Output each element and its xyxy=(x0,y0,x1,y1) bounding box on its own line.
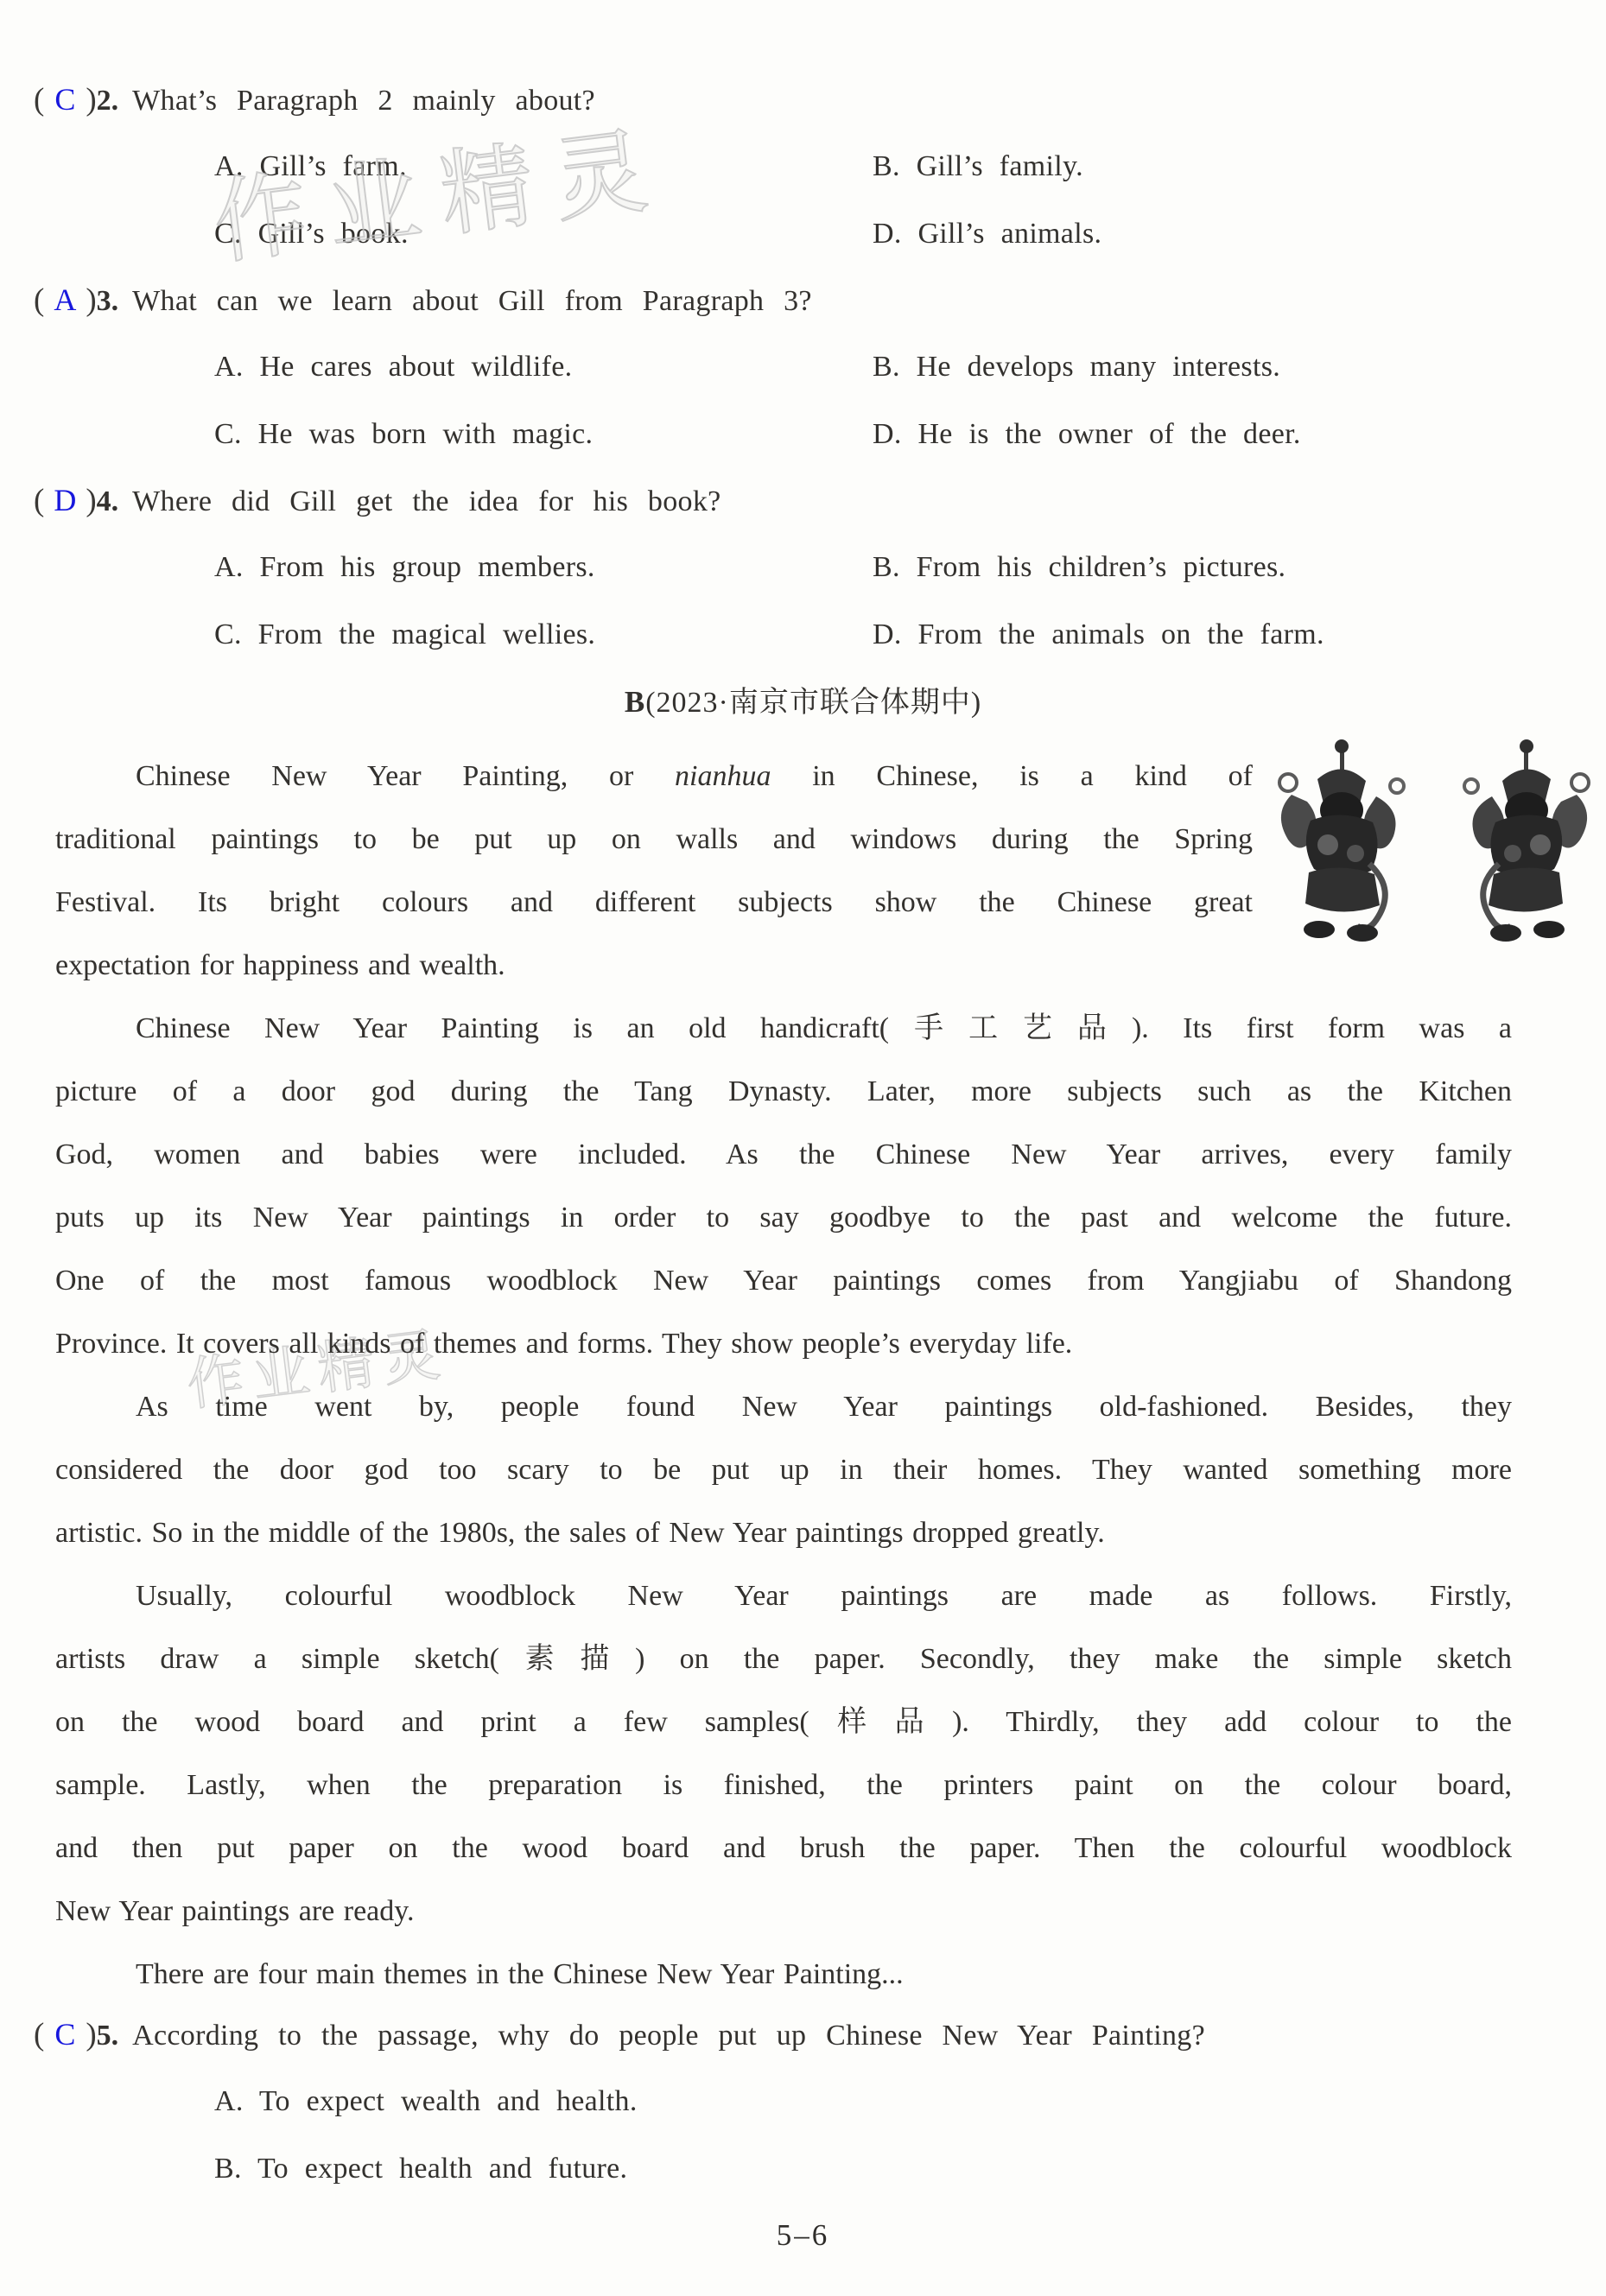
open-paren: ( xyxy=(34,483,44,518)
answer-letter: C xyxy=(44,2018,86,2051)
passage-line: As time went by, people found New Year p… xyxy=(55,1375,1512,1438)
question-5: (C)5.According to the passage, why do pe… xyxy=(0,2018,1606,2185)
question-line: (D)4.Where did Gill get the idea for his… xyxy=(0,484,1606,517)
option-item: D. From the animals on the farm. xyxy=(873,618,1606,651)
open-paren: ( xyxy=(34,2017,44,2052)
worksheet-page: 作业精灵 作业精灵 (C)2.What’s Paragraph 2 mainly… xyxy=(0,0,1606,2296)
passage-line: and then put paper on the wood board and… xyxy=(55,1817,1512,1880)
question-number: 2. xyxy=(97,85,119,117)
open-paren: ( xyxy=(34,282,44,318)
question-list: (C)2.What’s Paragraph 2 mainly about?A. … xyxy=(0,0,1606,651)
options: A. To expect wealth and health.B. To exp… xyxy=(0,2085,1606,2185)
passage-line: God, women and babies were included. As … xyxy=(55,1123,1512,1186)
option-item: D. He is the owner of the deer. xyxy=(873,418,1606,451)
passage-line: Usually, colourful woodblock New Year pa… xyxy=(55,1564,1512,1627)
option-item: A. To expect wealth and health. xyxy=(214,2085,638,2118)
close-paren: ) xyxy=(86,483,96,518)
question-number: 4. xyxy=(97,485,119,517)
question-text: What can we learn about Gill from Paragr… xyxy=(132,285,812,317)
passage-line: One of the most famous woodblock New Yea… xyxy=(55,1249,1512,1312)
option-item: B. To expect health and future. xyxy=(214,2153,638,2185)
question-text: Where did Gill get the idea for his book… xyxy=(132,485,720,517)
close-paren: ) xyxy=(86,82,96,117)
passage-line: sample. Lastly, when the preparation is … xyxy=(55,1754,1512,1817)
option-item: B. Gill’s family. xyxy=(873,150,1606,183)
option-item: A. From his group members. xyxy=(214,551,873,584)
question-number: 3. xyxy=(97,285,119,317)
passage-line: on the wood board and print a few sample… xyxy=(55,1690,1512,1754)
question-text: What’s Paragraph 2 mainly about? xyxy=(132,85,595,117)
options: A. From his group members.B. From his ch… xyxy=(0,551,1606,651)
question-text: According to the passage, why do people … xyxy=(132,2020,1205,2052)
passage-line: New Year paintings are ready. xyxy=(55,1880,1512,1943)
page-number: 5–6 xyxy=(0,2218,1606,2253)
passage-line: artists draw a simple sketch(素描) on the … xyxy=(55,1627,1512,1690)
section-source: (2023·南京市联合体期中) xyxy=(645,687,981,719)
passage-line: considered the door god too scary to be … xyxy=(55,1438,1512,1501)
passage-line: traditional paintings to be put up on wa… xyxy=(55,808,1253,871)
passage-line: picture of a door god during the Tang Dy… xyxy=(55,1060,1512,1123)
option-item: D. Gill’s animals. xyxy=(873,218,1606,251)
question-line: (C)5.According to the passage, why do pe… xyxy=(0,2018,1606,2051)
text-segment: in Chinese, is a kind of xyxy=(771,760,1253,792)
option-item: C. Gill’s book. xyxy=(214,218,873,251)
reading-passage: Chinese New Year Painting, or nianhua in… xyxy=(55,745,1512,2006)
options: A. Gill’s farm.B. Gill’s family.C. Gill’… xyxy=(0,150,1606,251)
close-paren: ) xyxy=(86,2017,96,2052)
question-number: 5. xyxy=(97,2020,119,2052)
door-gods-painting-image xyxy=(1266,734,1603,967)
option-item: B. From his children’s pictures. xyxy=(873,551,1606,584)
passage-line: Province. It covers all kinds of themes … xyxy=(55,1312,1512,1375)
answer-letter: D xyxy=(44,484,86,517)
question-line: (C)2.What’s Paragraph 2 mainly about? xyxy=(0,83,1606,116)
passage-line: There are four main themes in the Chines… xyxy=(55,1943,1512,2006)
open-paren: ( xyxy=(34,82,44,117)
passage-line: puts up its New Year paintings in order … xyxy=(55,1186,1512,1249)
italic-term: nianhua xyxy=(675,760,771,792)
option-item: A. He cares about wildlife. xyxy=(214,351,873,384)
answer-letter: A xyxy=(44,283,86,316)
option-item: C. He was born with magic. xyxy=(214,418,873,451)
options: A. He cares about wildlife.B. He develop… xyxy=(0,351,1606,451)
section-label: B xyxy=(625,685,645,719)
option-item: C. From the magical wellies. xyxy=(214,618,873,651)
section-header: B(2023·南京市联合体期中) xyxy=(0,684,1606,720)
close-paren: ) xyxy=(86,282,96,318)
passage-line: artistic. So in the middle of the 1980s,… xyxy=(55,1501,1512,1564)
passage-line: Chinese New Year Painting, or nianhua in… xyxy=(55,745,1253,808)
text-segment: Chinese New Year Painting, or xyxy=(136,760,675,792)
passage-line: Chinese New Year Painting is an old hand… xyxy=(55,997,1512,1060)
option-item: A. Gill’s farm. xyxy=(214,150,873,183)
answer-letter: C xyxy=(44,83,86,116)
option-item: B. He develops many interests. xyxy=(873,351,1606,384)
question-line: (A)3.What can we learn about Gill from P… xyxy=(0,283,1606,316)
passage-line: Festival. Its bright colours and differe… xyxy=(55,871,1253,934)
